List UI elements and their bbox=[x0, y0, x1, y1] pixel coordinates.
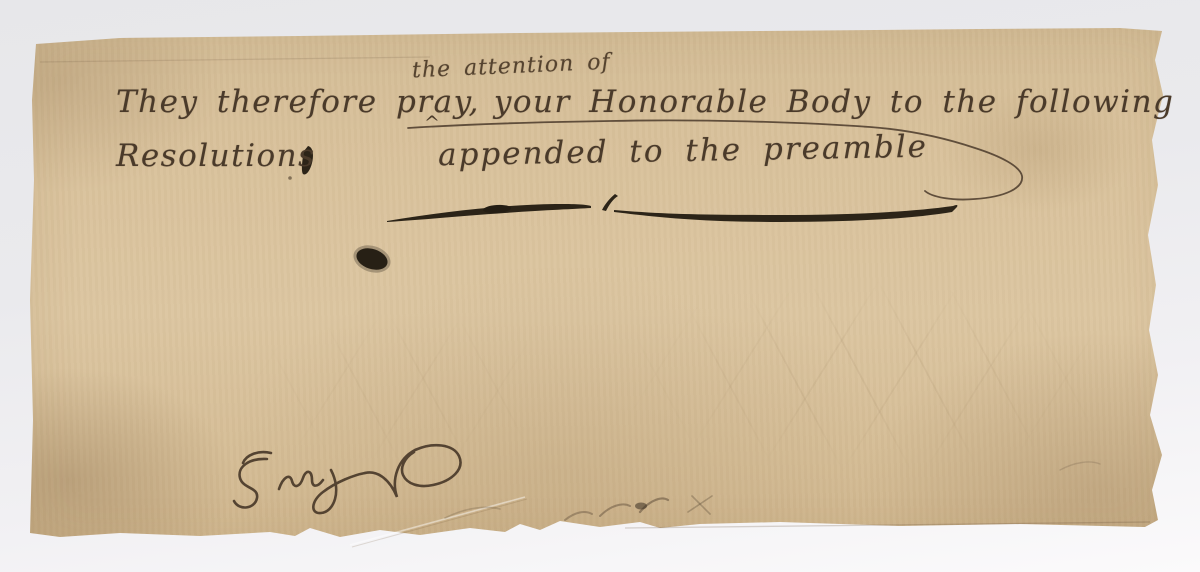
paper-scratch-texture-2 bbox=[235, 315, 575, 465]
line1-right-text: your Honorable Body to the following bbox=[494, 84, 1175, 120]
paper-scratch-texture bbox=[610, 278, 1130, 473]
line1-left-text: They therefore pray, bbox=[116, 84, 480, 120]
handwritten-line-1: They therefore pray,your Honorable Body … bbox=[116, 84, 1174, 120]
scanned-document-canvas: ^ the atte bbox=[0, 0, 1200, 572]
handwritten-line-2-left: Resolutions bbox=[116, 138, 316, 174]
